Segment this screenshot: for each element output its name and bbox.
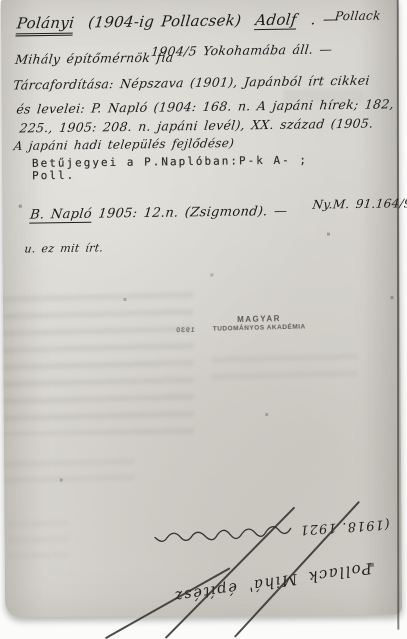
bleed-through-smudge <box>4 450 134 485</box>
library-stamp: MAGYAR TUDOMÁNYOS AKADÉMIA <box>193 313 325 333</box>
handwritten-line: és levelei: P. Napló (1904: 168. n. A ja… <box>16 96 395 116</box>
card-edge-shadow <box>397 0 400 629</box>
bleed-through-smudge <box>8 511 68 567</box>
surname: Polányi <box>15 14 75 37</box>
reference-line: B. Napló 1905: 12.n. (Zsigmond). — Ny.M.… <box>29 202 407 223</box>
typed-line: Betűjegyei a P.Naplóban:P-k A- ; <box>32 154 308 170</box>
handwriting-squiggle <box>143 520 294 550</box>
date-note-text: (1918. 1921 <box>299 516 390 537</box>
reference-text: 1905: 12.n. (Zsigmond). — <box>98 204 289 222</box>
forename: Adolf <box>254 11 297 31</box>
paper-specks <box>1 0 3 1</box>
inventory-code: Ny.M. 91.164/904 <box>312 196 407 212</box>
rotated-signature: Pollack Mihá' építész <box>117 559 373 614</box>
handwritten-line: 225., 1905: 208. n. japáni levél), XX. s… <box>19 116 374 136</box>
maiden-name: (1904-ig Pollacsek) <box>87 11 242 31</box>
handwritten-line: Tárcafordítása: Népszava (1901), Japánbó… <box>12 73 370 93</box>
small-note: u. ez mit írt. <box>24 241 104 255</box>
bleed-through-smudge <box>3 284 194 435</box>
catalog-card: Polányi (1904-ig Pollacsek) Adolf . — Po… <box>1 0 402 617</box>
heading-line: Polányi (1904-ig Pollacsek) Adolf . — <box>16 10 346 33</box>
journal-name: B. Napló <box>29 207 92 224</box>
handwritten-line: A japáni hadi település fejlődése) <box>13 136 235 153</box>
corner-note: Pollack <box>334 9 381 24</box>
handwritten-line: 1904/5 Yokohamába áll. — <box>150 41 333 59</box>
rotated-date-note: (1918. 1921 <box>89 500 391 554</box>
mirrored-faint-mark: 1930 <box>175 327 195 334</box>
bleed-through-smudge <box>211 345 356 388</box>
typed-line: Poll. <box>32 169 75 183</box>
